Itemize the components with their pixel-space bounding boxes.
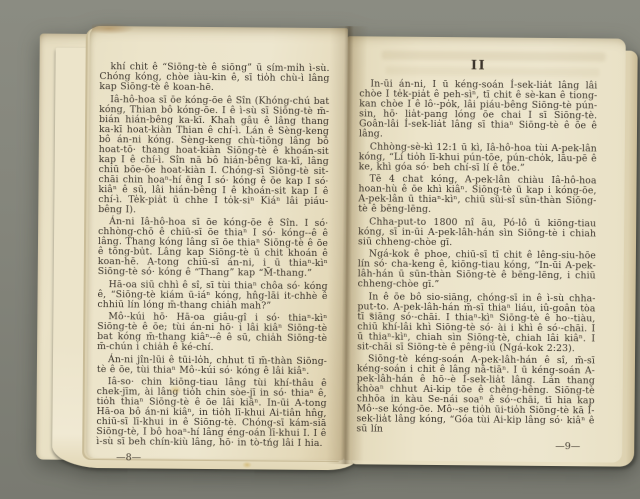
page-number: —9— (356, 439, 594, 452)
page-number: —8— (96, 452, 326, 465)
paragraph: Iâ-so· chin kiōng-tiau lâng tùi khí-thâu… (96, 377, 327, 449)
paragraph: Ngá-kok ê phoe, chiū-sī tī chit ê lêng-s… (358, 249, 596, 291)
paragraph: Chhòng-sè-kì 12:1 ū kì, Iâ-hô-hoa tùi A-… (359, 142, 597, 174)
paragraph: Án-ni jîn-lūi ê tūi-lo̍h, chhut tī m̄-th… (97, 355, 327, 377)
photo-background: kh sa hō ka si ci hō ch si cl tó bó su k… (0, 0, 640, 499)
paragraph: Siōng-tè kéng-soán A-pek-lâh-hán ê sî, m… (356, 354, 595, 436)
paragraph: khí chit ê “Siōng-tè ê siōng” ū sím-mi̍h… (99, 62, 329, 94)
paragraph: In-ūi án-ni, I ū kéng-soán Í-sek-lia̍t l… (359, 79, 598, 141)
paragraph: Mô·-kúi hō· Hā-oa giâu-gî i só· thiaⁿ-kì… (97, 312, 327, 354)
paragraph: In ê ōe bô sio-siāng, chóng-sī in ê ì-sù… (357, 292, 596, 354)
open-book: kh sa hō ka si ci hō ch si cl tó bó su k… (16, 11, 630, 476)
right-page: II In-ūi án-ni, I ū kéng-soán Í-sek-lia̍… (344, 36, 626, 462)
paragraph: Iâ-hô-hoa sī ōe kóng-ōe ê Sîn (Khóng-chú… (98, 95, 329, 217)
paragraph: Tē 4 chat kóng, A-pek-lân chiàu Iâ-hô-ho… (358, 174, 596, 216)
right-text-column: II In-ūi án-ni, I ū kéng-soán Í-sek-lia̍… (344, 36, 626, 462)
chapter-heading: II (359, 58, 597, 74)
left-text-column: khí chit ê “Siōng-tè ê siōng” ū sím-mi̍h… (86, 26, 348, 460)
left-page: khí chit ê “Siōng-tè ê siōng” ū sím-mi̍h… (86, 26, 348, 460)
paragraph: Án-ni Iâ-hô-hoa sī ōe kóng-ōe ê Sîn. I s… (98, 217, 329, 279)
paragraph: Chha-put-to 1800 nî āu, Pó-lô ū kiōng-ti… (358, 217, 596, 249)
paragraph: Hā-oa siū chhì ê sî, sī tùi thiaⁿ chôa s… (97, 280, 327, 312)
